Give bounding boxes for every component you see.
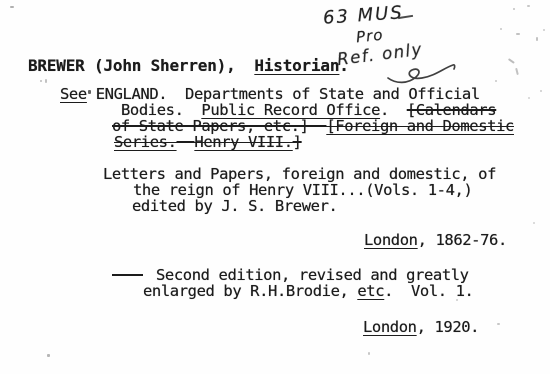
heading-line: BREWER (John Sherren), Historian. bbox=[28, 58, 349, 74]
pencil-speck bbox=[500, 28, 502, 30]
pencil-speck bbox=[516, 33, 520, 35]
pen-swoosh-underline bbox=[336, 56, 461, 86]
see-line3-struck-underlined: [Foreign and Domestic bbox=[326, 117, 514, 135]
heading-descriptor: Historian bbox=[254, 56, 339, 75]
see-label: See bbox=[60, 85, 87, 103]
catalog-card: BREWER (John Sherren), Historian. See EN… bbox=[0, 0, 550, 374]
pencil-speck bbox=[536, 37, 538, 41]
pencil-speck bbox=[543, 29, 545, 31]
scan-speck bbox=[456, 299, 458, 301]
scan-speck bbox=[497, 323, 500, 325]
see-reference-line-4: Series. Henry VIII.] bbox=[114, 134, 302, 150]
scan-speck bbox=[47, 354, 50, 357]
entry1-line-1: Letters and Papers, foreign and domestic… bbox=[103, 166, 496, 182]
entry2-imprint: London, 1920. bbox=[363, 319, 479, 335]
see-line4-gap bbox=[177, 133, 195, 151]
scan-speck bbox=[368, 352, 370, 355]
handwritten-shelfmark: 63 MUS bbox=[322, 2, 404, 29]
pencil-speck bbox=[540, 90, 542, 92]
entry1-imprint-place: London bbox=[364, 231, 418, 249]
see-line4-series: Series. bbox=[114, 133, 177, 151]
scan-speck bbox=[220, 143, 222, 145]
pencil-speck bbox=[495, 80, 497, 82]
entry2-line2-pre: enlarged by R.H.Brodie, bbox=[143, 282, 357, 300]
entry2-line-1: Second edition, revised and greatly bbox=[112, 267, 469, 283]
pencil-speck bbox=[527, 5, 530, 7]
see-reference-line-1: See ENGLAND. Departments of State and Of… bbox=[60, 86, 480, 102]
scan-speck bbox=[40, 80, 42, 82]
entry1-line-2: the reign of Henry VIII...(Vols. 1-4,) bbox=[133, 182, 472, 198]
handwritten-note-pro: Pro bbox=[355, 26, 384, 47]
see-reference-line-3: of State Papers, etc.] [Foreign and Dome… bbox=[112, 118, 514, 134]
scan-speck bbox=[10, 6, 14, 8]
entry2-imprint-place: London bbox=[363, 318, 417, 336]
heading-name: BREWER (John Sherren), bbox=[28, 56, 254, 75]
entry2-line-2: enlarged by R.H.Brodie, etc. Vol. 1. bbox=[143, 283, 474, 299]
stray-comma-mark bbox=[88, 90, 91, 94]
scan-speck bbox=[45, 79, 47, 83]
pencil-speck bbox=[513, 8, 515, 10]
entry2-imprint-date: , 1920. bbox=[417, 318, 480, 336]
pencil-stroke bbox=[515, 68, 518, 75]
repeat-dash bbox=[112, 274, 143, 276]
see-reference-line-2: Bodies. Public Record Office. [Calendars bbox=[121, 102, 496, 118]
see-line4-henry: Henry VIII. bbox=[194, 133, 292, 151]
entry2-line2-etc: etc bbox=[357, 282, 384, 300]
entry1-line-3: edited by J. S. Brewer. bbox=[132, 198, 337, 214]
entry1-imprint: London, 1862-76. bbox=[364, 232, 507, 248]
entry1-imprint-date: , 1862-76. bbox=[418, 231, 507, 249]
pencil-stroke bbox=[508, 58, 515, 63]
see-line4-bracket: ] bbox=[293, 133, 302, 151]
entry2-line2-post: . Vol. 1. bbox=[384, 282, 473, 300]
pencil-speck bbox=[528, 97, 530, 99]
scan-speck bbox=[533, 222, 535, 224]
